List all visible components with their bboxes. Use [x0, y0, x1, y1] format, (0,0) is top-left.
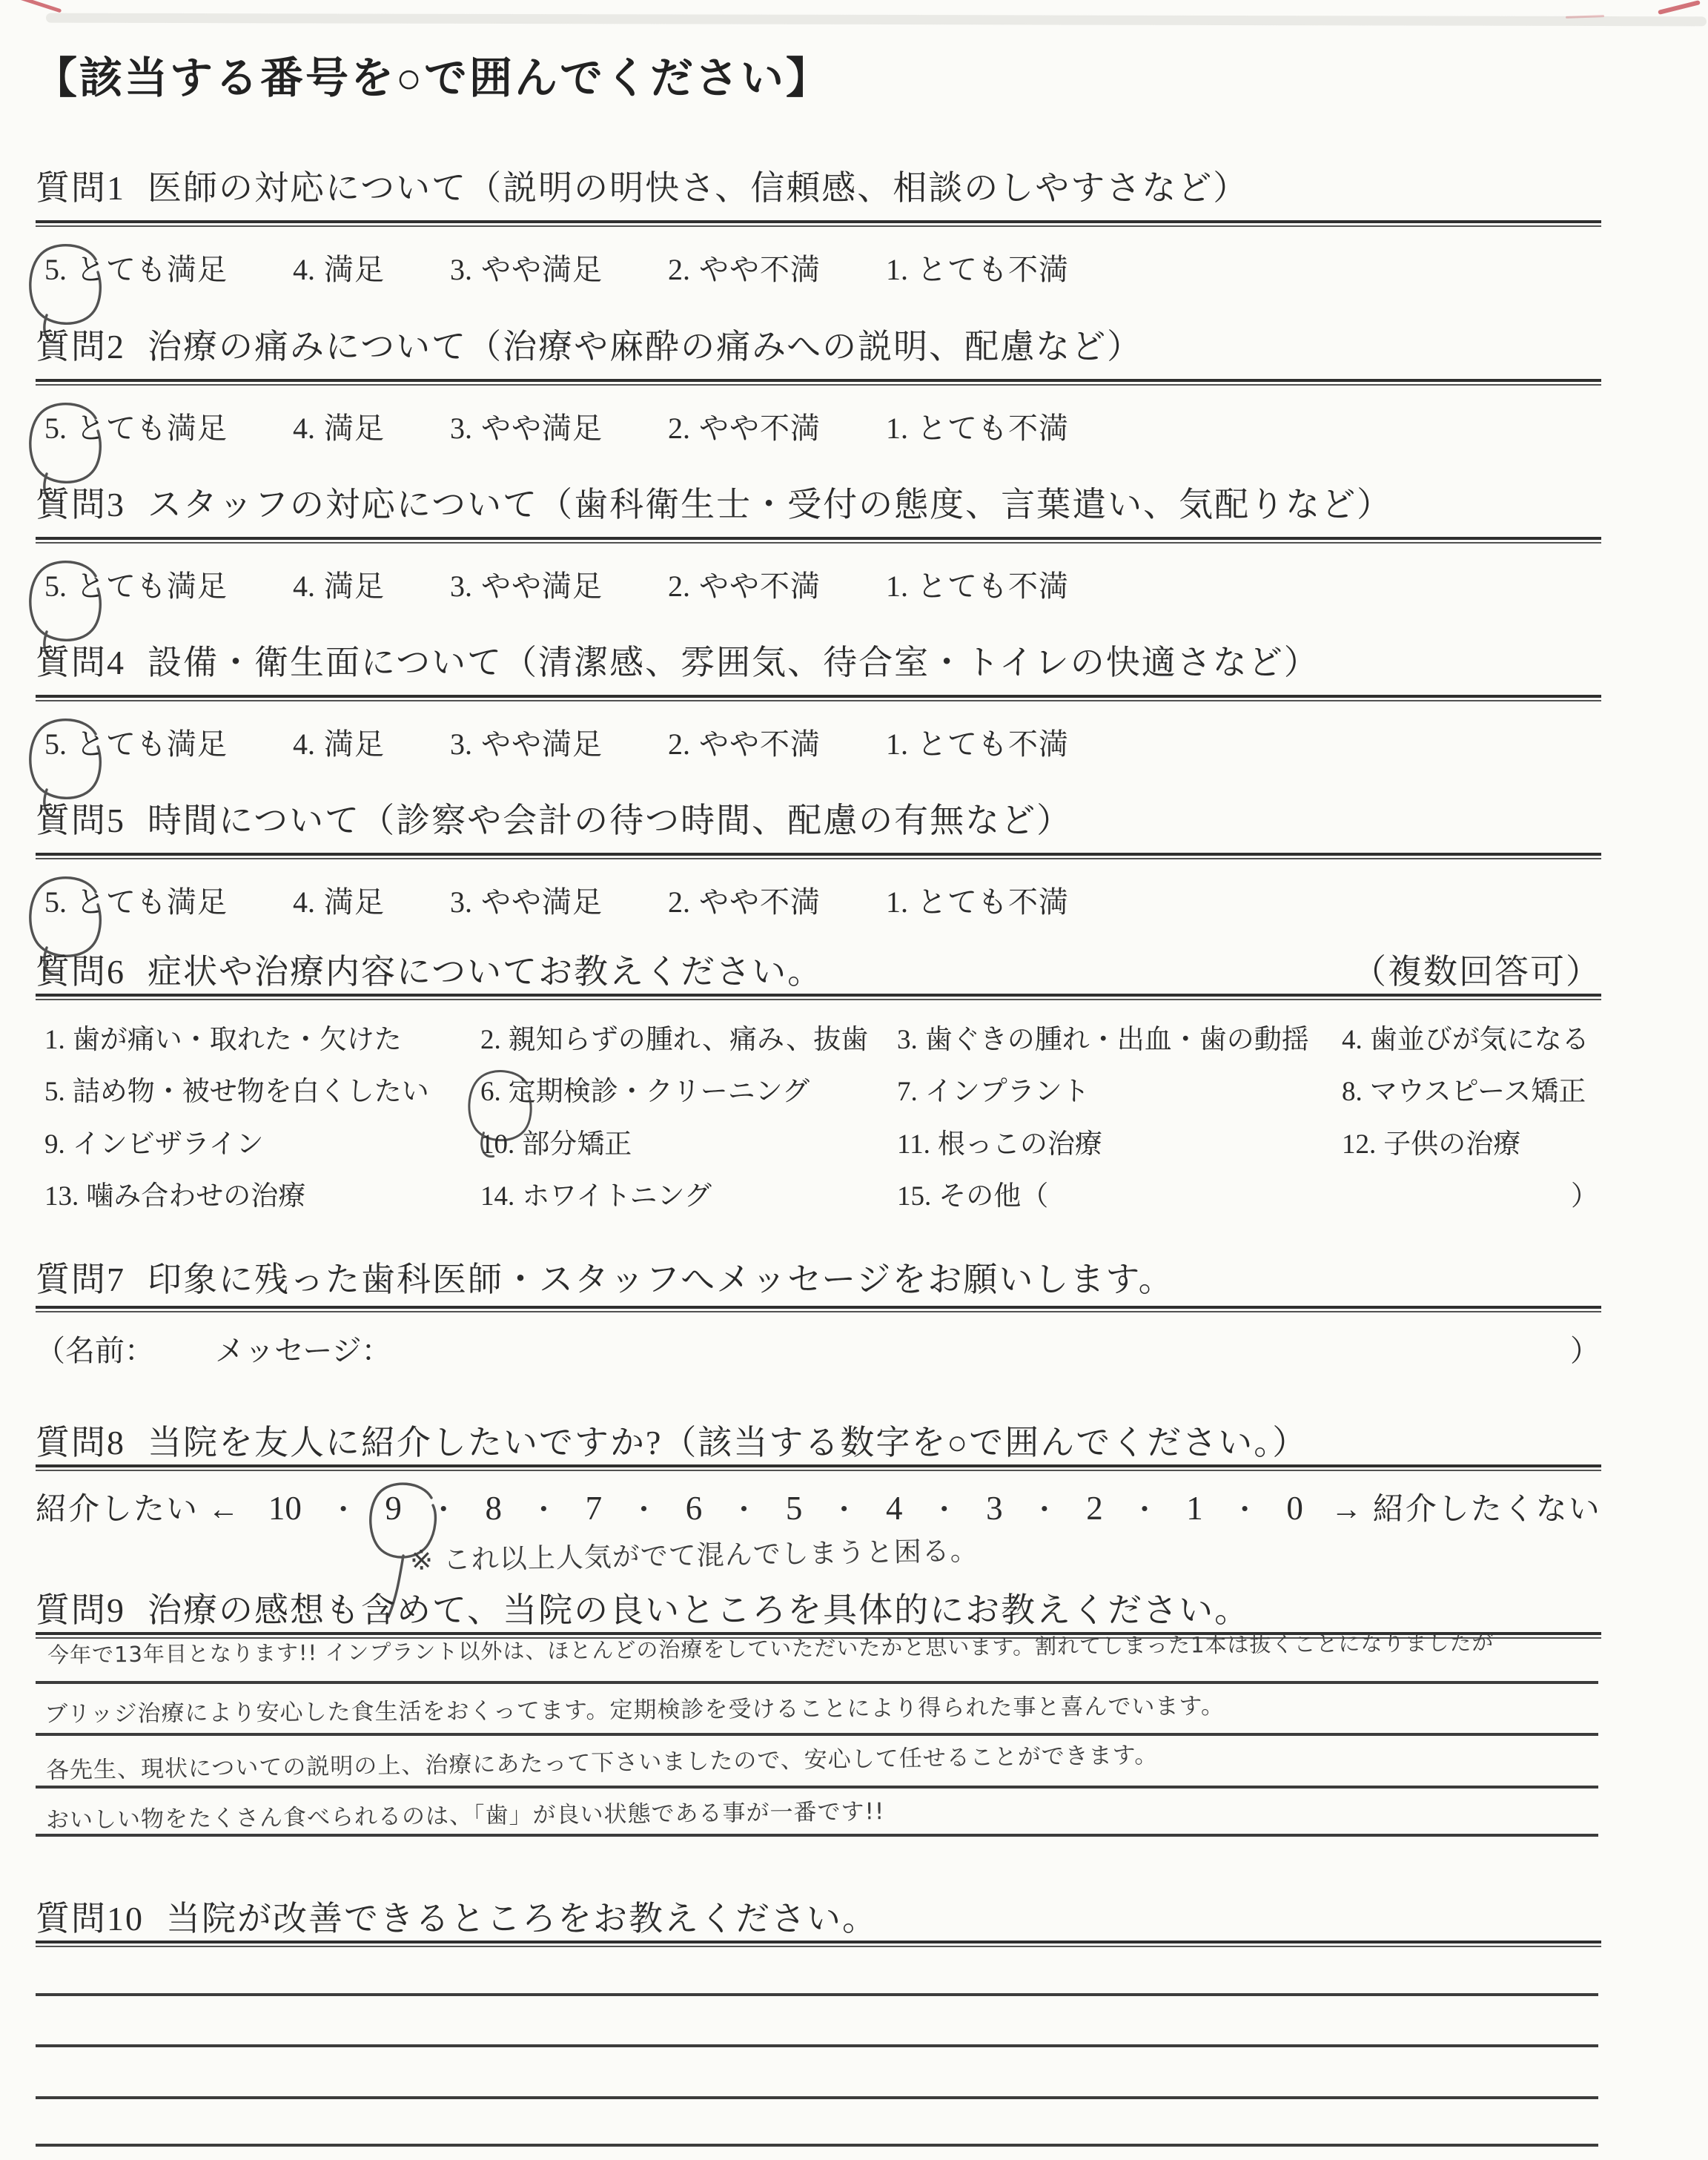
nps-separator: ・ [930, 1487, 959, 1527]
option-number: 2. [668, 885, 690, 919]
heading-underline [36, 695, 1601, 701]
option-number: 1. [44, 1025, 65, 1055]
option-number-circled: 5. [44, 411, 67, 446]
question-5-title: 時間について（診察や会計の待つ時間、配慮の有無など） [148, 802, 1072, 839]
option-number: 2. [668, 569, 690, 603]
answer-rule-line [36, 1733, 1598, 1736]
option-number: 3. [450, 569, 472, 603]
rating-option-1: 1.とても不満 [886, 721, 1069, 763]
heading-underline [36, 537, 1601, 544]
rating-option-4: 4.満足 [293, 879, 385, 921]
option-number: 4. [293, 569, 315, 603]
option-label: やや満足 [481, 405, 603, 447]
option-label: やや満足 [481, 563, 603, 605]
option-label: マウスピース矯正 [1370, 1077, 1586, 1107]
option-label: とても満足 [76, 405, 228, 447]
question-4-heading: 質問4設備・衛生面について（清潔感、雰囲気、待合室・トイレの快適さなど） [36, 644, 1601, 683]
question-8-title: 当院を友人に紹介したいですか?（該当する数字を○で囲んでください。） [148, 1424, 1308, 1462]
question-2-options: 5. とても満足 4.満足 3.やや満足 2.やや不満 1.とても不満 [36, 405, 1601, 447]
question-1-heading: 質問1医師の対応について（説明の明快さ、信頼感、相談のしやすさなど） [36, 169, 1601, 208]
heading-underline [36, 1941, 1601, 1947]
nps-number: 6 [686, 1490, 703, 1527]
nps-9-circled: 9 [385, 1489, 402, 1527]
option-label: とても不満 [917, 563, 1069, 605]
rating-option-5: 5. とても満足 [44, 563, 228, 605]
heading-underline [36, 853, 1601, 859]
option-number: 1. [886, 253, 908, 286]
question-10-label: 質問10 [36, 1900, 144, 1939]
nps-separator: ・ [629, 1487, 658, 1527]
blank-answer-line [36, 2044, 1598, 2047]
nps-right-label: → 紹介したくない [1331, 1484, 1601, 1529]
question-6-block: 質問6症状や治療内容についてお教えください。 （複数回答可） 1.歯が痛い・取れ… [36, 953, 1601, 1226]
rating-option-3: 3.やや満足 [450, 563, 603, 605]
option-number: 7. [897, 1077, 918, 1107]
option-number-circled: 5. [44, 885, 67, 919]
option-label: とても不満 [917, 721, 1069, 763]
option-label: 満足 [324, 563, 385, 605]
nps-4: 4 [886, 1489, 903, 1527]
option-number-circled: 5. [44, 727, 67, 762]
nps-number: 4 [886, 1490, 903, 1527]
rating-option-4: 4.満足 [293, 405, 385, 447]
option-label: とても満足 [76, 246, 228, 288]
option-label: 噛み合わせの治療 [86, 1181, 305, 1212]
question-6-label: 質問6 [36, 953, 125, 992]
question-10-title: 当院が改善できるところをお教えください。 [166, 1900, 878, 1938]
question-10-heading: 質問10当院が改善できるところをお教えください。 [36, 1900, 1601, 1939]
other-closing-paren: ） [1571, 1173, 1601, 1213]
message-field-label: メッセージ： [215, 1327, 391, 1370]
nps-10: 10 [268, 1489, 302, 1527]
question-5-label: 質問5 [36, 802, 125, 841]
option-number: 5. [44, 412, 67, 445]
question-3-heading: 質問3スタッフの対応について（歯科衛生士・受付の態度、言葉遣い、気配りなど） [36, 486, 1601, 525]
option-label: やや不満 [699, 405, 821, 447]
option-number: 2. [668, 253, 690, 286]
option-label: やや不満 [699, 721, 821, 763]
question-7-heading: 質問7印象に残った歯科医師・スタッフへメッセージをお願いします。 [36, 1261, 1601, 1300]
heading-underline [36, 1464, 1601, 1471]
treatment-option-9: 9.インビザライン [44, 1121, 480, 1161]
heading-underline [36, 379, 1601, 386]
option-number: 3. [450, 412, 472, 445]
question-8-heading: 質問8当院を友人に紹介したいですか?（該当する数字を○で囲んでください。） [36, 1424, 1601, 1463]
nps-6: 6 [686, 1489, 703, 1527]
option-number-circled: 6. [480, 1076, 501, 1108]
rating-option-5: 5. とても満足 [44, 246, 228, 288]
question-9-label: 質問9 [36, 1591, 125, 1631]
handwritten-answer-line-3: 各先生、現状についての説明の上、治療にあたって下さいましたので、安心して任せるこ… [46, 1736, 1159, 1785]
question-4-block: 質問4設備・衛生面について（清潔感、雰囲気、待合室・トイレの快適さなど） 5. … [36, 644, 1601, 763]
rating-option-4: 4.満足 [293, 721, 385, 763]
option-number: 8. [1342, 1077, 1363, 1107]
rating-option-2: 2.やや不満 [668, 405, 821, 447]
nps-separator: ・ [830, 1487, 858, 1527]
question-6-options-grid: 1.歯が痛い・取れた・欠けた 2.親知らずの腫れ、痛み、抜歯 3.歯ぐきの腫れ・… [44, 1017, 1601, 1226]
option-number-circled: 5. [44, 569, 67, 604]
nps-number: 2 [1086, 1490, 1103, 1527]
option-label: とても満足 [76, 879, 228, 921]
blank-answer-line [36, 2096, 1598, 2099]
option-label: やや不満 [699, 246, 821, 288]
option-number: 1. [886, 727, 908, 761]
rating-option-1: 1.とても不満 [886, 879, 1069, 921]
option-label: 満足 [324, 405, 385, 447]
heading-underline [36, 220, 1601, 227]
question-10-block: 質問10当院が改善できるところをお教えください。 [36, 1900, 1601, 1947]
option-number: 9. [44, 1129, 65, 1160]
treatment-option-1: 1.歯が痛い・取れた・欠けた [44, 1017, 480, 1057]
option-number-circled: 5. [44, 252, 67, 287]
question-5-heading: 質問5時間について（診察や会計の待つ時間、配慮の有無など） [36, 802, 1601, 841]
nps-7: 7 [586, 1489, 603, 1527]
treatment-option-11: 11.根っこの治療 [897, 1121, 1342, 1161]
question-9-heading: 質問9治療の感想も含めて、当院の良いところを具体的にお教えください。 [36, 1591, 1601, 1631]
nps-scale-row: 紹介したい ← 10 ・ 9 ・ 8 ・ 7 ・ 6 ・ 5 ・ 4 ・ 3 ・… [36, 1484, 1601, 1529]
nps-2: 2 [1086, 1489, 1103, 1527]
question-6-title: 症状や治療内容についてお教えください。 [148, 953, 823, 991]
option-label: その他（ [939, 1181, 1048, 1212]
treatment-option-3: 3.歯ぐきの腫れ・出血・歯の動揺 [897, 1017, 1342, 1057]
nps-number: 5 [786, 1490, 803, 1527]
treatment-option-15-other: 15.その他（ [897, 1173, 1342, 1213]
nps-separator: ・ [329, 1487, 357, 1527]
option-number: 3. [450, 253, 472, 286]
question-5-options: 5. とても満足 4.満足 3.やや満足 2.やや不満 1.とても不満 [36, 879, 1601, 921]
blank-answer-line [36, 1993, 1598, 1996]
treatment-option-6-circled: 6. 定期検診・クリーニング [480, 1069, 897, 1109]
question-2-heading: 質問2治療の痛みについて（治療や麻酔の痛みへの説明、配慮など） [36, 328, 1601, 367]
question-1-options: 5. とても満足 4.満足 3.やや満足 2.やや不満 1.とても不満 [36, 246, 1601, 288]
option-label: とても満足 [76, 721, 228, 763]
handwritten-answer-line-4: おいしい物をたくさん食べられるのは、「歯」が良い状態である事が一番です!! [46, 1792, 885, 1834]
question-9-block: 質問9治療の感想も含めて、当院の良いところを具体的にお教えください。 今年で13… [36, 1591, 1601, 1639]
option-label: やや満足 [481, 246, 603, 288]
option-number: 5. [44, 885, 67, 919]
rating-option-3: 3.やや満足 [450, 879, 603, 921]
option-label: 部分矯正 [522, 1129, 632, 1160]
nps-1: 1 [1186, 1489, 1203, 1527]
nps-number: 7 [586, 1490, 603, 1527]
option-label: 満足 [324, 879, 385, 921]
question-5-block: 質問5時間について（診察や会計の待つ時間、配慮の有無など） 5. とても満足 4… [36, 802, 1601, 921]
rating-option-2: 2.やや不満 [668, 879, 821, 921]
question-7-label: 質問7 [36, 1261, 125, 1300]
option-number: 4. [293, 253, 315, 286]
question-3-options: 5. とても満足 4.満足 3.やや満足 2.やや不満 1.とても不満 [36, 563, 1601, 605]
handwritten-answer-line-2: ブリッジ治療により安心した食生活をおくってます。定期検診を受けることにより得られ… [44, 1687, 1225, 1728]
option-number: 13. [44, 1181, 79, 1212]
option-number: 2. [668, 727, 690, 761]
nps-5: 5 [786, 1489, 803, 1527]
answer-rule-line [36, 1786, 1598, 1789]
question-8-block: 質問8当院を友人に紹介したいですか?（該当する数字を○で囲んでください。） 紹介… [36, 1424, 1601, 1529]
option-number: 1. [886, 412, 908, 445]
option-label: とても不満 [917, 405, 1069, 447]
treatment-option-5: 5.詰め物・被せ物を白くしたい [44, 1069, 480, 1109]
answer-rule-line [36, 1681, 1598, 1684]
treatment-option-4: 4.歯並びが気になる [1342, 1017, 1601, 1057]
nps-separator: ・ [429, 1487, 457, 1527]
option-number: 5. [44, 1077, 65, 1107]
nps-number: 3 [986, 1490, 1003, 1527]
nps-separator: ・ [730, 1487, 758, 1527]
nps-number: 10 [268, 1490, 302, 1527]
rating-option-2: 2.やや不満 [668, 563, 821, 605]
nps-number: 8 [486, 1490, 503, 1527]
rating-option-4: 4.満足 [293, 246, 385, 288]
question-2-label: 質問2 [36, 328, 125, 367]
option-label: やや満足 [481, 721, 603, 763]
option-number: 4. [293, 885, 315, 919]
nps-0: 0 [1286, 1489, 1303, 1527]
rating-option-4: 4.満足 [293, 563, 385, 605]
option-number: 3. [450, 885, 472, 919]
multiple-answers-note: （複数回答可） [1352, 953, 1601, 992]
rating-option-5: 5. とても満足 [44, 879, 228, 921]
question-2-block: 質問2治療の痛みについて（治療や麻酔の痛みへの説明、配慮など） 5. とても満足… [36, 328, 1601, 447]
option-number: 11. [897, 1129, 930, 1160]
treatment-option-14: 14.ホワイトニング [480, 1173, 897, 1213]
treatment-option-8: 8.マウスピース矯正 [1342, 1069, 1601, 1109]
question-3-title: スタッフの対応について（歯科衛生士・受付の態度、言葉遣い、気配りなど） [148, 486, 1392, 524]
nps-number: 1 [1186, 1490, 1203, 1527]
question-9-title: 治療の感想も含めて、当院の良いところを具体的にお教えください。 [148, 1591, 1250, 1629]
option-label: とても満足 [76, 563, 228, 605]
question-2-title: 治療の痛みについて（治療や麻酔の痛みへの説明、配慮など） [148, 328, 1142, 366]
option-label: 根っこの治療 [938, 1129, 1102, 1160]
option-label: 子供の治療 [1383, 1129, 1520, 1160]
nps-number: 9 [385, 1490, 402, 1527]
handwritten-note: ※ これ以上人気がでて混んでしまうと困る。 [410, 1528, 979, 1578]
option-number: 1. [886, 569, 908, 603]
question-4-title: 設備・衛生面について（清潔感、雰囲気、待合室・トイレの快適さなど） [148, 644, 1320, 681]
rating-option-3: 3.やや満足 [450, 405, 603, 447]
nps-number: 0 [1286, 1490, 1303, 1527]
rating-option-5: 5. とても満足 [44, 405, 228, 447]
option-label: 詰め物・被せ物を白くしたい [73, 1077, 429, 1107]
option-number: 4. [293, 412, 315, 445]
option-number: 5. [44, 569, 67, 603]
option-label: ホワイトニング [522, 1181, 712, 1212]
option-label: 歯並びが気になる [1370, 1025, 1589, 1055]
red-pen-mark-top-left [17, 0, 62, 13]
name-field-label: （名前： [36, 1327, 154, 1370]
option-label: 歯が痛い・取れた・欠けた [73, 1025, 402, 1055]
closing-paren: ） [1570, 1327, 1600, 1370]
page-title: 【該当する番号を○で囲んでください】 [34, 43, 831, 105]
heading-underline [36, 994, 1601, 1000]
question-8-label: 質問8 [36, 1424, 125, 1463]
option-number: 5. [44, 727, 67, 761]
question-1-title: 医師の対応について（説明の明快さ、信頼感、相談のしやすさなど） [148, 169, 1248, 207]
treatment-option-13: 13.噛み合わせの治療 [44, 1173, 480, 1213]
question-4-label: 質問4 [36, 644, 125, 683]
blank-answer-line [36, 2144, 1598, 2147]
option-label: 定期検診・クリーニング [509, 1077, 810, 1107]
option-label: 満足 [324, 246, 385, 288]
message-answer-row: （名前： メッセージ： ） [36, 1327, 1601, 1373]
option-number: 4. [1342, 1025, 1363, 1055]
question-3-block: 質問3スタッフの対応について（歯科衛生士・受付の態度、言葉遣い、気配りなど） 5… [36, 486, 1601, 605]
answer-rule-line [36, 1834, 1598, 1837]
heading-underline [36, 1306, 1601, 1312]
rating-option-2: 2.やや不満 [668, 246, 821, 288]
nps-8: 8 [486, 1489, 503, 1527]
rating-option-1: 1.とても不満 [886, 563, 1069, 605]
rating-option-1: 1.とても不満 [886, 405, 1069, 447]
question-7-title: 印象に残った歯科医師・スタッフへメッセージをお願いします。 [148, 1261, 1174, 1298]
option-label: とても不満 [917, 879, 1069, 921]
option-label: インビザライン [73, 1129, 264, 1160]
red-pen-mark-top-right [1658, 0, 1701, 15]
option-label: インプラント [925, 1077, 1090, 1107]
nps-separator: ・ [1131, 1487, 1159, 1527]
option-number: 14. [480, 1181, 514, 1212]
option-number: 15. [897, 1181, 931, 1212]
rating-option-3: 3.やや満足 [450, 721, 603, 763]
option-number: 3. [450, 727, 472, 761]
option-number: 5. [44, 253, 67, 286]
rating-option-5: 5. とても満足 [44, 721, 228, 763]
option-number: 6. [480, 1077, 501, 1107]
treatment-option-10: 10.部分矯正 [480, 1121, 897, 1161]
option-label: やや不満 [699, 879, 821, 921]
option-number: 3. [897, 1025, 918, 1055]
rating-option-3: 3.やや満足 [450, 246, 603, 288]
option-number: 2. [668, 412, 690, 445]
treatment-option-7: 7.インプラント [897, 1069, 1342, 1109]
option-label: 親知らずの腫れ、痛み、抜歯 [509, 1025, 868, 1055]
option-label: やや満足 [481, 879, 603, 921]
treatment-option-2: 2.親知らずの腫れ、痛み、抜歯 [480, 1017, 897, 1057]
question-1-block: 質問1医師の対応について（説明の明快さ、信頼感、相談のしやすさなど） 5. とて… [36, 169, 1601, 288]
option-label: やや不満 [699, 563, 821, 605]
nps-separator: ・ [529, 1487, 557, 1527]
option-number: 12. [1342, 1129, 1376, 1160]
scan-artifact-band [46, 13, 1707, 27]
option-number: 1. [886, 885, 908, 919]
nps-separator: ・ [1030, 1487, 1059, 1527]
question-7-block: 質問7印象に残った歯科医師・スタッフへメッセージをお願いします。 （名前： メッ… [36, 1261, 1601, 1373]
question-4-options: 5. とても満足 4.満足 3.やや満足 2.やや不満 1.とても不満 [36, 721, 1601, 763]
nps-3: 3 [986, 1489, 1003, 1527]
option-number: 4. [293, 727, 315, 761]
option-label: 歯ぐきの腫れ・出血・歯の動揺 [925, 1025, 1309, 1055]
treatment-option-12: 12.子供の治療 [1342, 1121, 1601, 1161]
scanned-survey-page: 【該当する番号を○で囲んでください】 質問1医師の対応について（説明の明快さ、信… [0, 0, 1708, 2160]
question-3-label: 質問3 [36, 486, 125, 525]
nps-separator: ・ [1231, 1487, 1259, 1527]
option-label: 満足 [324, 721, 385, 763]
question-1-label: 質問1 [36, 169, 125, 208]
rating-option-2: 2.やや不満 [668, 721, 821, 763]
option-number: 2. [480, 1025, 501, 1055]
rating-option-1: 1.とても不満 [886, 246, 1069, 288]
option-number: 10. [480, 1129, 514, 1160]
question-6-heading: 質問6症状や治療内容についてお教えください。 （複数回答可） [36, 953, 1601, 992]
option-label: とても不満 [917, 246, 1069, 288]
nps-left-label: 紹介したい ← [36, 1484, 241, 1529]
